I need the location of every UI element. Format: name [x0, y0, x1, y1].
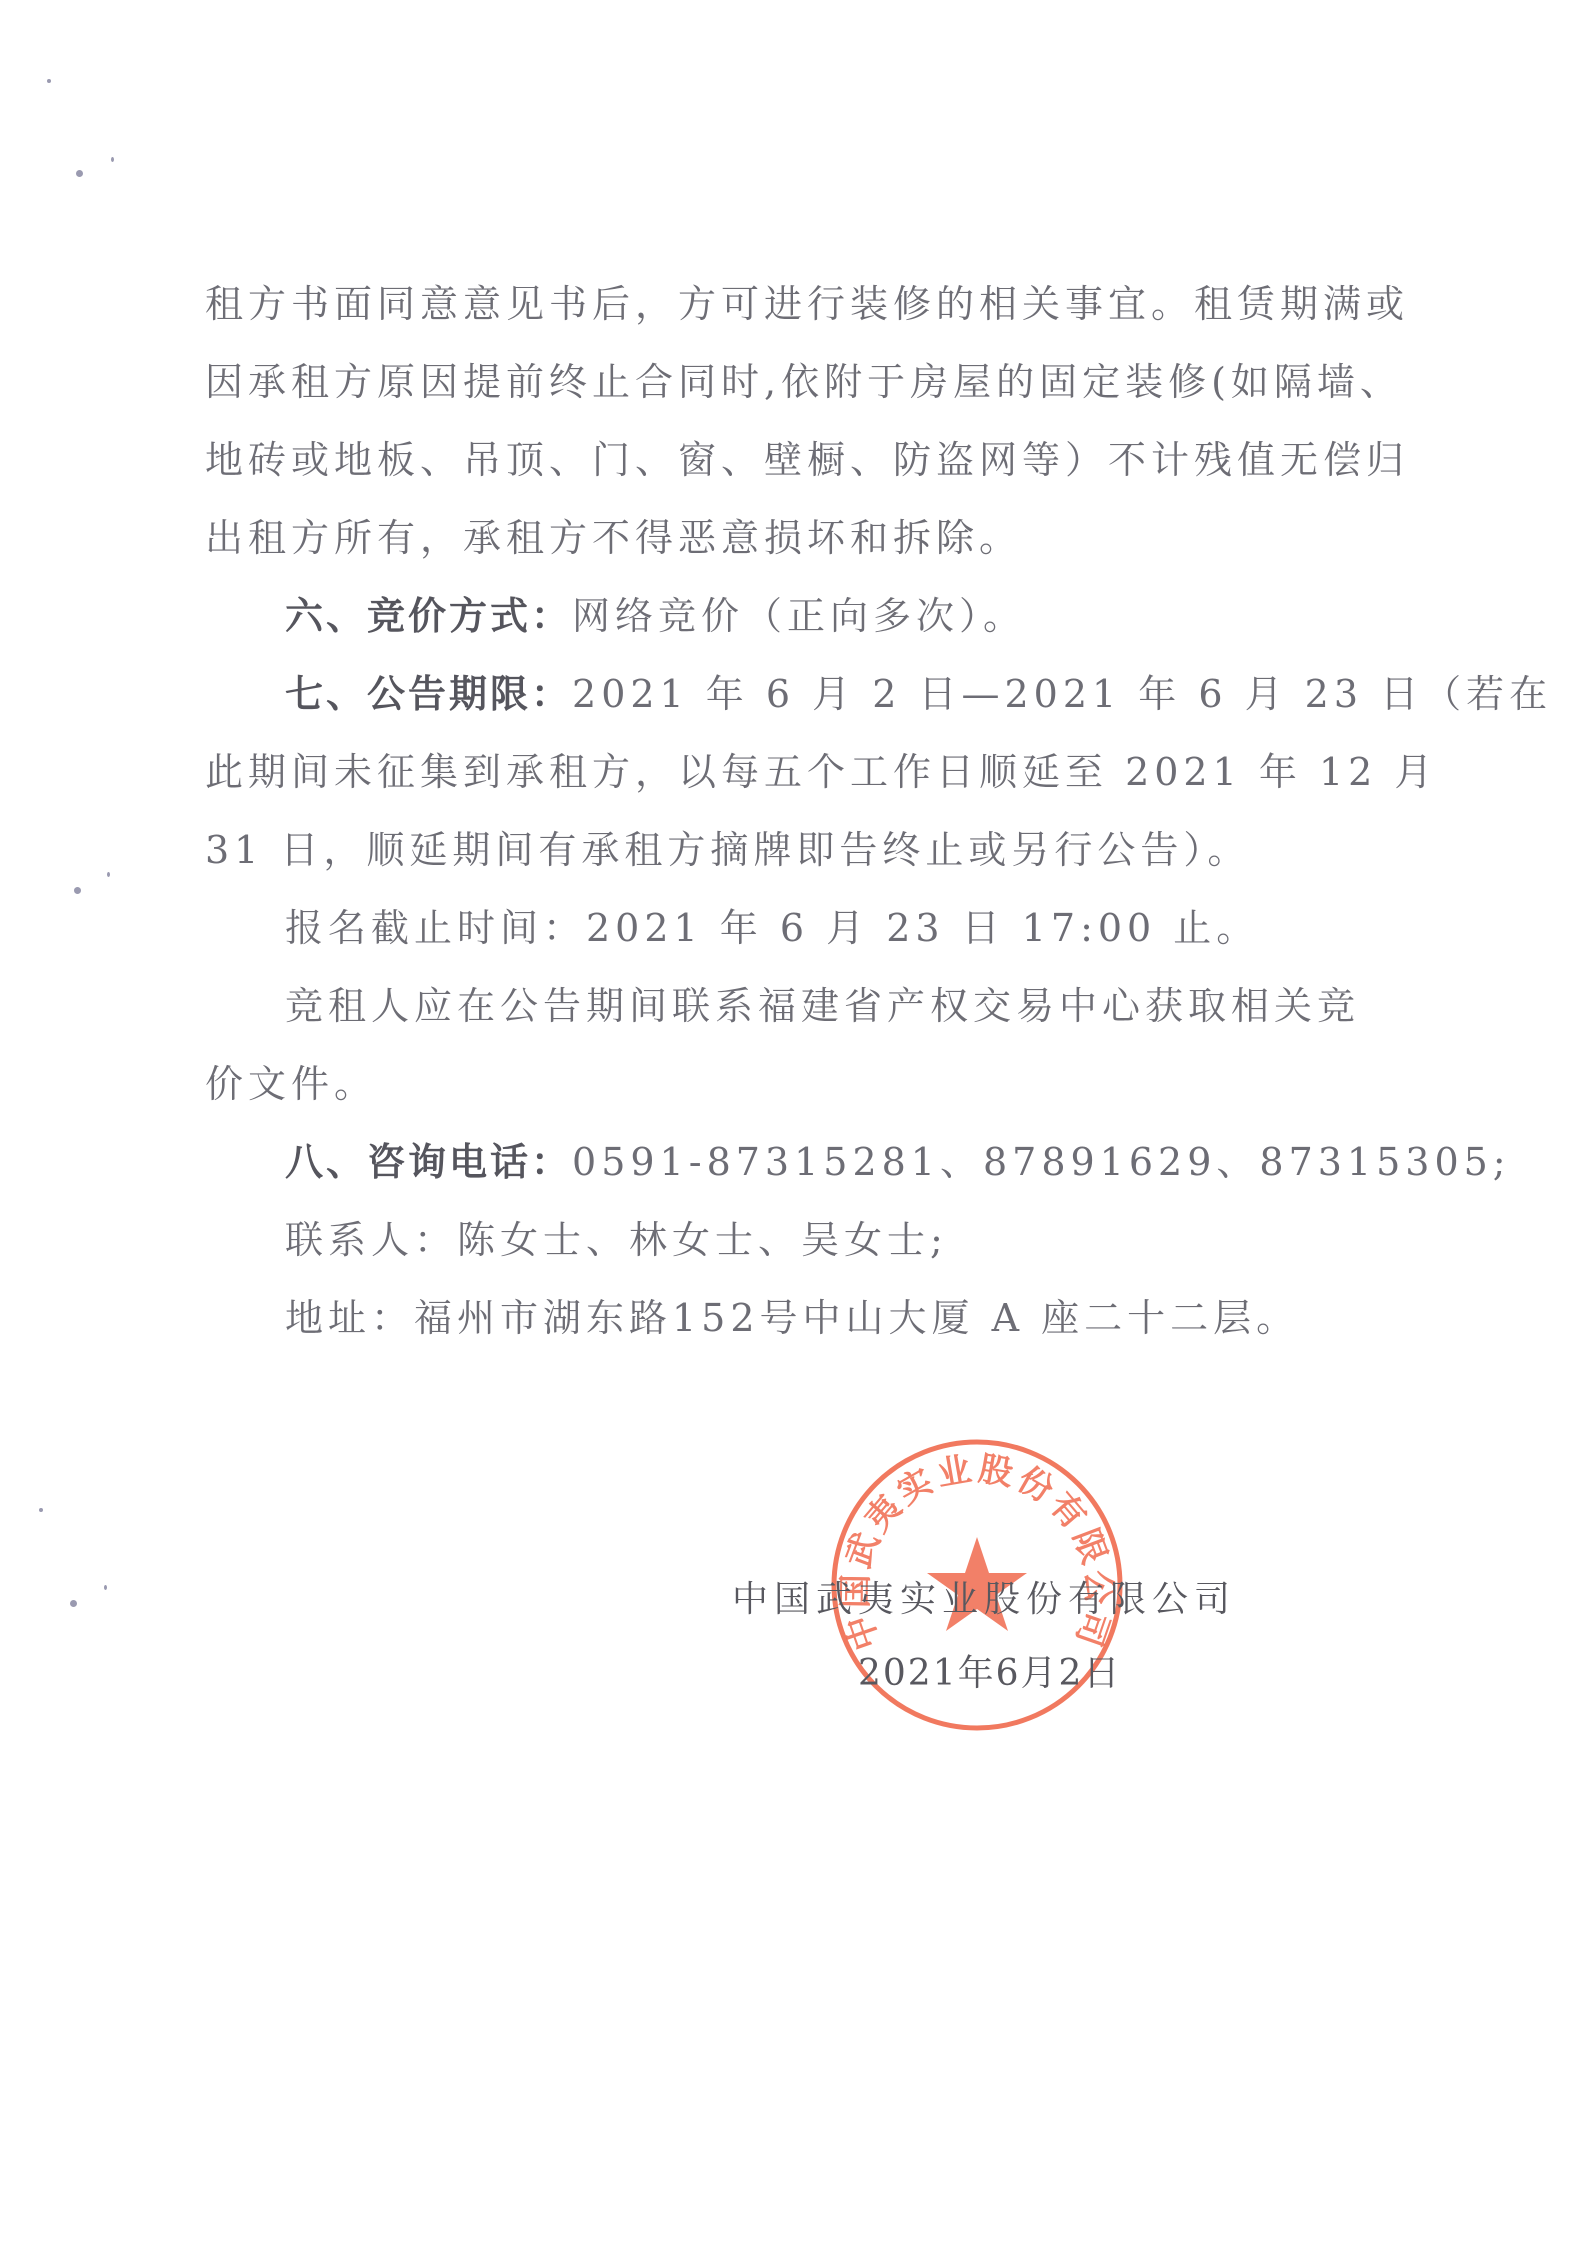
scan-artifact — [74, 887, 81, 894]
scan-artifact — [39, 1508, 43, 1512]
scan-artifact — [76, 170, 83, 177]
scan-artifact — [47, 79, 51, 83]
section-7-text: 2021 年 6 月 2 日—2021 年 6 月 23 日（若在 — [572, 672, 1552, 716]
paragraph-line: 出租方所有，承租方不得恶意损坏和拆除。 — [205, 519, 1022, 557]
paragraph-line: 31 日，顺延期间有承租方摘牌即告终止或另行公告）。 — [205, 831, 1250, 869]
address: 地址：福州市湖东路152号中山大厦 A 座二十二层。 — [285, 1299, 1299, 1337]
section-6-text: 网络竞价（正向多次）。 — [572, 594, 1026, 638]
scan-artifact — [104, 1585, 107, 1590]
paragraph-line: 租方书面同意意见书后，方可进行装修的相关事宜。租赁期满或 — [205, 285, 1409, 323]
company-signature: 中国武夷实业股份有限公司 — [732, 1582, 1236, 1618]
registration-deadline: 报名截止时间：2021 年 6 月 23 日 17:00 止。 — [285, 909, 1259, 947]
contact-persons: 联系人：陈女士、林女士、吴女士; — [285, 1221, 948, 1259]
document-page: 租方书面同意意见书后，方可进行装修的相关事宜。租赁期满或 因承租方原因提前终止合… — [0, 0, 1586, 2245]
section-8-heading: 八、咨询电话： — [285, 1140, 572, 1184]
paragraph-line: 地砖或地板、吊顶、门、窗、壁橱、防盗网等）不计残值无偿归 — [205, 441, 1409, 479]
paragraph-line: 此期间未征集到承租方，以每五个工作日顺延至 2021 年 12 月 — [205, 753, 1437, 791]
scan-artifact — [70, 1600, 77, 1607]
section-8: 八、咨询电话：0591-87315281、87891629、87315305; — [285, 1143, 1511, 1181]
scan-artifact — [107, 872, 110, 877]
section-6-heading: 六、竞价方式： — [285, 594, 572, 638]
scan-artifact — [111, 157, 114, 162]
paragraph-line: 竞租人应在公告期间联系福建省产权交易中心获取相关竞 — [285, 987, 1360, 1025]
signature-date: 2021年6月2日 — [858, 1656, 1121, 1692]
section-7: 七、公告期限：2021 年 6 月 2 日—2021 年 6 月 23 日（若在 — [285, 675, 1552, 713]
section-7-heading: 七、公告期限： — [285, 672, 572, 716]
paragraph-line: 价文件。 — [205, 1065, 377, 1103]
phone-numbers: 0591-87315281、87891629、87315305; — [572, 1140, 1511, 1184]
paragraph-line: 因承租方原因提前终止合同时,依附于房屋的固定装修(如隔墙、 — [205, 363, 1403, 401]
section-6: 六、竞价方式：网络竞价（正向多次）。 — [285, 597, 1026, 635]
